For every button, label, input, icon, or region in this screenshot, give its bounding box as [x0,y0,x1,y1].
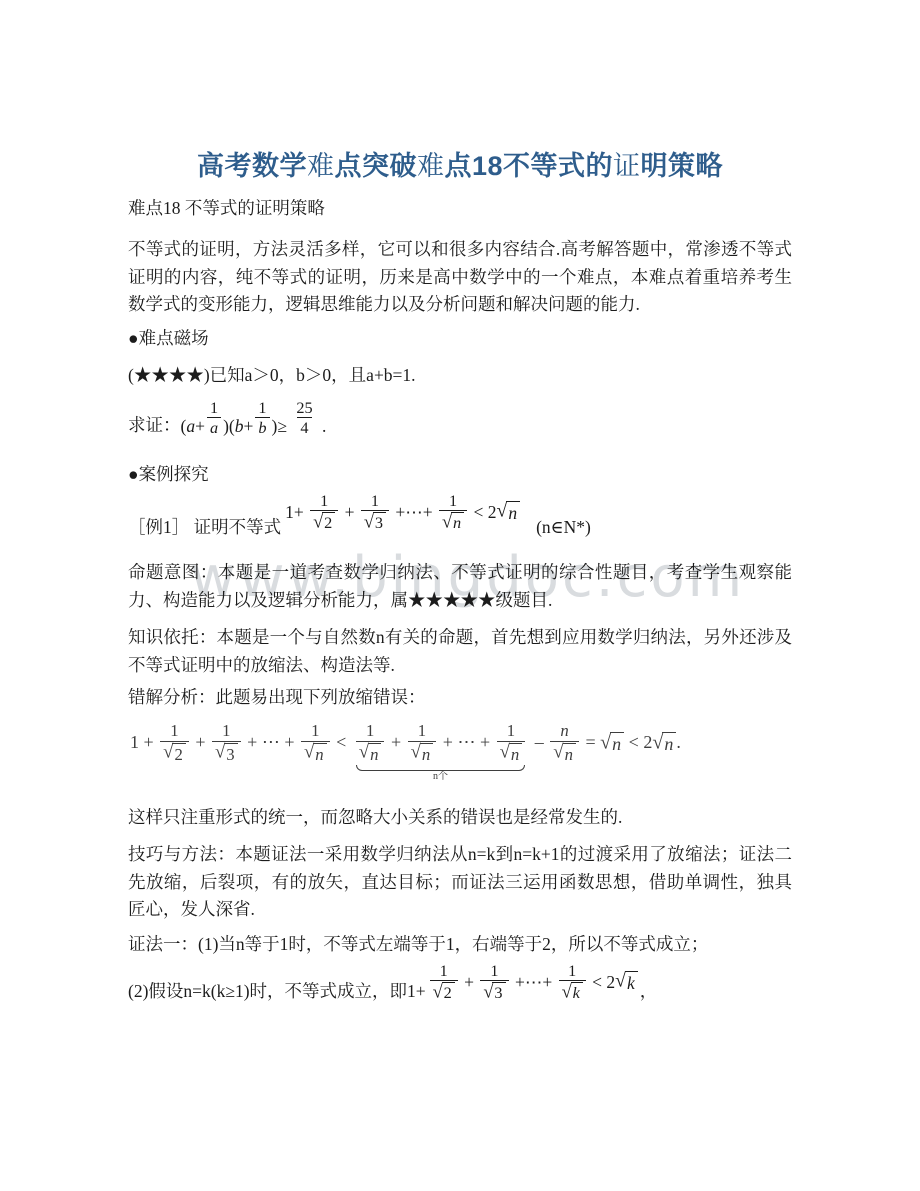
error-scaling-formula: 1 + 1√2 + 1√3 + ⋯ + 1√n < 1√n + 1√n + ⋯ … [130,722,681,764]
technique-paragraph: 技巧与方法：本题证法一采用数学归纳法从n=k到n=k+1的过渡采用了放缩法；证法… [128,841,792,924]
case-section-heading: ●案例探究 [128,463,792,485]
example-domain-note: (n∈N*) [536,516,591,539]
magnet-section-heading: ●难点磁场 [128,327,792,349]
example-prefix: ［例1］ 证明不等式 [128,516,281,539]
example-line: ［例1］ 证明不等式 1+ 1√2 + 1√3 +⋯+ 1√n < 2√n (n… [128,492,792,539]
knowledge-paragraph: 知识依托：本题是一个与自然数n有关的命题，首先想到应用数学归纳法，另外还涉及不等… [128,624,792,679]
prove-formula: (a+1a)(b+1b)≥ 254 . [181,399,327,437]
error-note: 这样只注重形式的统一，而忽略大小关系的错误也是经常发生的. [128,806,792,828]
error-formula-math: 1 + 1√2 + 1√3 + ⋯ + 1√n < 1√n + 1√n + ⋯ … [130,722,681,764]
magnet-problem-statement: (★★★★)已知a＞0，b＞0，且a+b=1. [128,364,792,386]
error-analysis-heading: 错解分析：此题易出现下列放缩错误： [128,686,792,708]
page-title: 高考数学难点突破难点18不等式的证明策略 [0,144,920,183]
proof1-step2-prefix: (2)假设n=k(k≥1)时，不等式成立，即1+ [128,980,426,1003]
intent-paragraph: 命题意图：本题是一道考查数学归纳法、不等式证明的综合性题目，考查学生观察能力、构… [128,559,792,614]
proof1-step2-suffix: ， [640,980,658,1003]
prove-formula-line: 求证： (a+1a)(b+1b)≥ 254 . [128,399,792,437]
induction-formula: 1√2 + 1√3 +⋯+ 1√k < 2√k [428,962,638,1003]
intro-paragraph: 不等式的证明，方法灵活多样，它可以和很多内容结合.高考解答题中，常渗透不等式证明… [128,236,792,319]
proof1-step1: 证法一：(1)当n等于1时，不等式左端等于1，右端等于2，所以不等式成立； [128,933,792,955]
prove-prefix: 求证： [128,414,181,437]
example-formula: 1+ 1√2 + 1√3 +⋯+ 1√n < 2√n [285,492,520,533]
subtitle: 难点18 不等式的证明策略 [128,197,792,219]
proof1-step2-line: (2)假设n=k(k≥1)时，不等式成立，即1+ 1√2 + 1√3 +⋯+ 1… [128,962,792,1003]
document-page: www.bingdoc.com 高考数学难点突破难点18不等式的证明策略 难点1… [0,0,920,1191]
